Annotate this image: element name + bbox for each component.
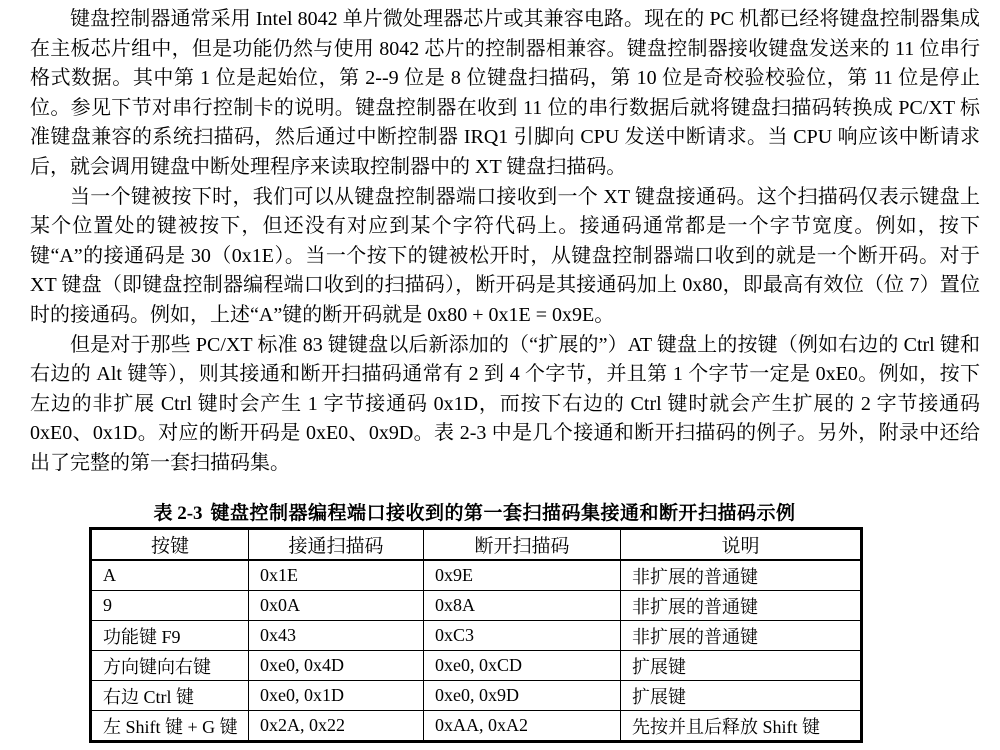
paragraph-keyboard-controller: 键盘控制器通常采用 Intel 8042 单片微处理器芯片或其兼容电路。现在的 … xyxy=(30,5,980,183)
cell-key: 功能键 F9 xyxy=(91,621,249,651)
cell-key: 方向键向右键 xyxy=(91,651,249,681)
book-page: 键盘控制器通常采用 Intel 8042 单片微处理器芯片或其兼容电路。现在的 … xyxy=(0,0,1000,750)
cell-key: 9 xyxy=(91,591,249,621)
table-header-row: 按键 接通扫描码 断开扫描码 说明 xyxy=(91,529,862,561)
cell-break-code: 0xC3 xyxy=(424,621,621,651)
header-description: 说明 xyxy=(621,529,862,561)
table-row: A 0x1E 0x9E 非扩展的普通键 xyxy=(91,560,862,591)
header-break-code: 断开扫描码 xyxy=(424,529,621,561)
cell-break-code: 0x9E xyxy=(424,560,621,591)
header-key: 按键 xyxy=(91,529,249,561)
cell-description: 非扩展的普通键 xyxy=(621,621,862,651)
cell-break-code: 0xAA, 0xA2 xyxy=(424,711,621,742)
body-text: 键盘控制器通常采用 Intel 8042 单片微处理器芯片或其兼容电路。现在的 … xyxy=(30,5,980,479)
paragraph-make-code: 当一个键被按下时，我们可以从键盘控制器端口接收到一个 XT 键盘接通码。这个扫描… xyxy=(30,183,980,331)
cell-description: 先按并且后释放 Shift 键 xyxy=(621,711,862,742)
table-caption: 表 2-3键盘控制器编程端口接收到的第一套扫描码集接通和断开扫描码示例 xyxy=(89,498,860,525)
cell-description: 非扩展的普通键 xyxy=(621,591,862,621)
cell-make-code: 0x1E xyxy=(249,560,424,591)
header-make-code: 接通扫描码 xyxy=(249,529,424,561)
cell-description: 扩展键 xyxy=(621,651,862,681)
cell-break-code: 0xe0, 0xCD xyxy=(424,651,621,681)
cell-make-code: 0x43 xyxy=(249,621,424,651)
cell-key: A xyxy=(91,560,249,591)
cell-key: 左 Shift 键 + G 键 xyxy=(91,711,249,742)
cell-key: 右边 Ctrl 键 xyxy=(91,681,249,711)
cell-description: 非扩展的普通键 xyxy=(621,560,862,591)
cell-description: 扩展键 xyxy=(621,681,862,711)
cell-make-code: 0xe0, 0x1D xyxy=(249,681,424,711)
cell-break-code: 0xe0, 0x9D xyxy=(424,681,621,711)
scan-code-table: 按键 接通扫描码 断开扫描码 说明 A 0x1E 0x9E 非扩展的普通键 9 … xyxy=(89,527,863,743)
cell-make-code: 0x0A xyxy=(249,591,424,621)
table-row: 功能键 F9 0x43 0xC3 非扩展的普通键 xyxy=(91,621,862,651)
table-row: 方向键向右键 0xe0, 0x4D 0xe0, 0xCD 扩展键 xyxy=(91,651,862,681)
table-row: 左 Shift 键 + G 键 0x2A, 0x22 0xAA, 0xA2 先按… xyxy=(91,711,862,742)
table-caption-text: 键盘控制器编程端口接收到的第一套扫描码集接通和断开扫描码示例 xyxy=(211,503,796,524)
table-row: 9 0x0A 0x8A 非扩展的普通键 xyxy=(91,591,862,621)
cell-make-code: 0x2A, 0x22 xyxy=(249,711,424,742)
cell-break-code: 0x8A xyxy=(424,591,621,621)
table-row: 右边 Ctrl 键 0xe0, 0x1D 0xe0, 0x9D 扩展键 xyxy=(91,681,862,711)
cell-make-code: 0xe0, 0x4D xyxy=(249,651,424,681)
table-caption-label: 表 2-3 xyxy=(153,503,202,524)
paragraph-extended-keys: 但是对于那些 PC/XT 标准 83 键键盘以后新添加的（“扩展的”）AT 键盘… xyxy=(30,331,980,479)
